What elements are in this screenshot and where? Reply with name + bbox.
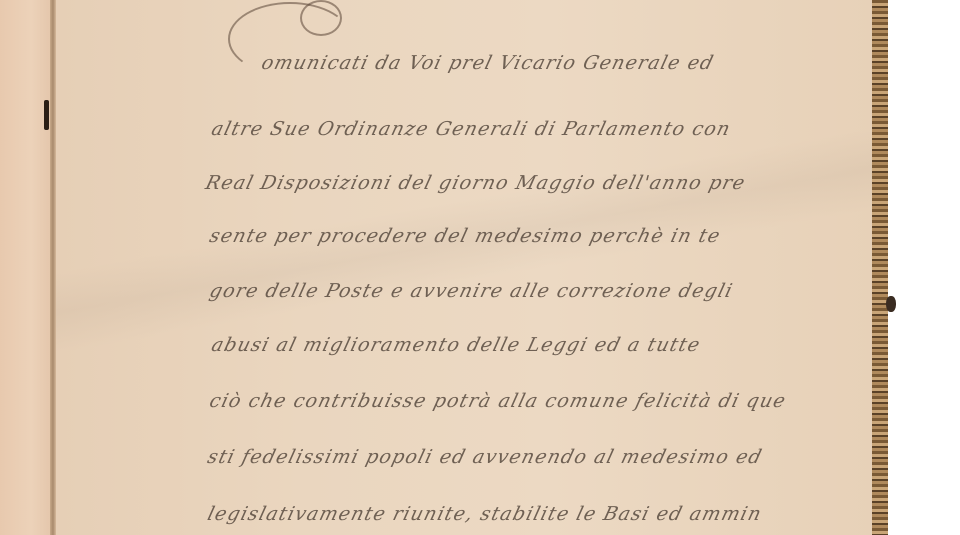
manuscript-line: ciò che contribuisse potrà alla comune f… (207, 390, 788, 412)
manuscript-line: abusi al miglioramento delle Leggi ed a … (209, 334, 703, 356)
manuscript-line: omunicati da Voi prel Vicario Generale e… (259, 52, 716, 74)
manuscript-photo: omunicati da Voi prel Vicario Generale e… (0, 0, 960, 535)
manuscript-line: legislativamente riunite, stabilite le B… (205, 503, 764, 525)
manuscript-line: sente per procedere del medesimo perchè … (207, 225, 723, 247)
handwritten-text: omunicati da Voi prel Vicario Generale e… (0, 0, 960, 535)
manuscript-line: sti fedelissimi popoli ed avvenendo al m… (205, 446, 765, 468)
manuscript-line: Real Disposizioni del giorno Maggio dell… (203, 172, 748, 194)
manuscript-line: gore delle Poste e avvenire alle correzi… (207, 280, 735, 302)
manuscript-line: altre Sue Ordinanze Generali di Parlamen… (209, 118, 733, 140)
